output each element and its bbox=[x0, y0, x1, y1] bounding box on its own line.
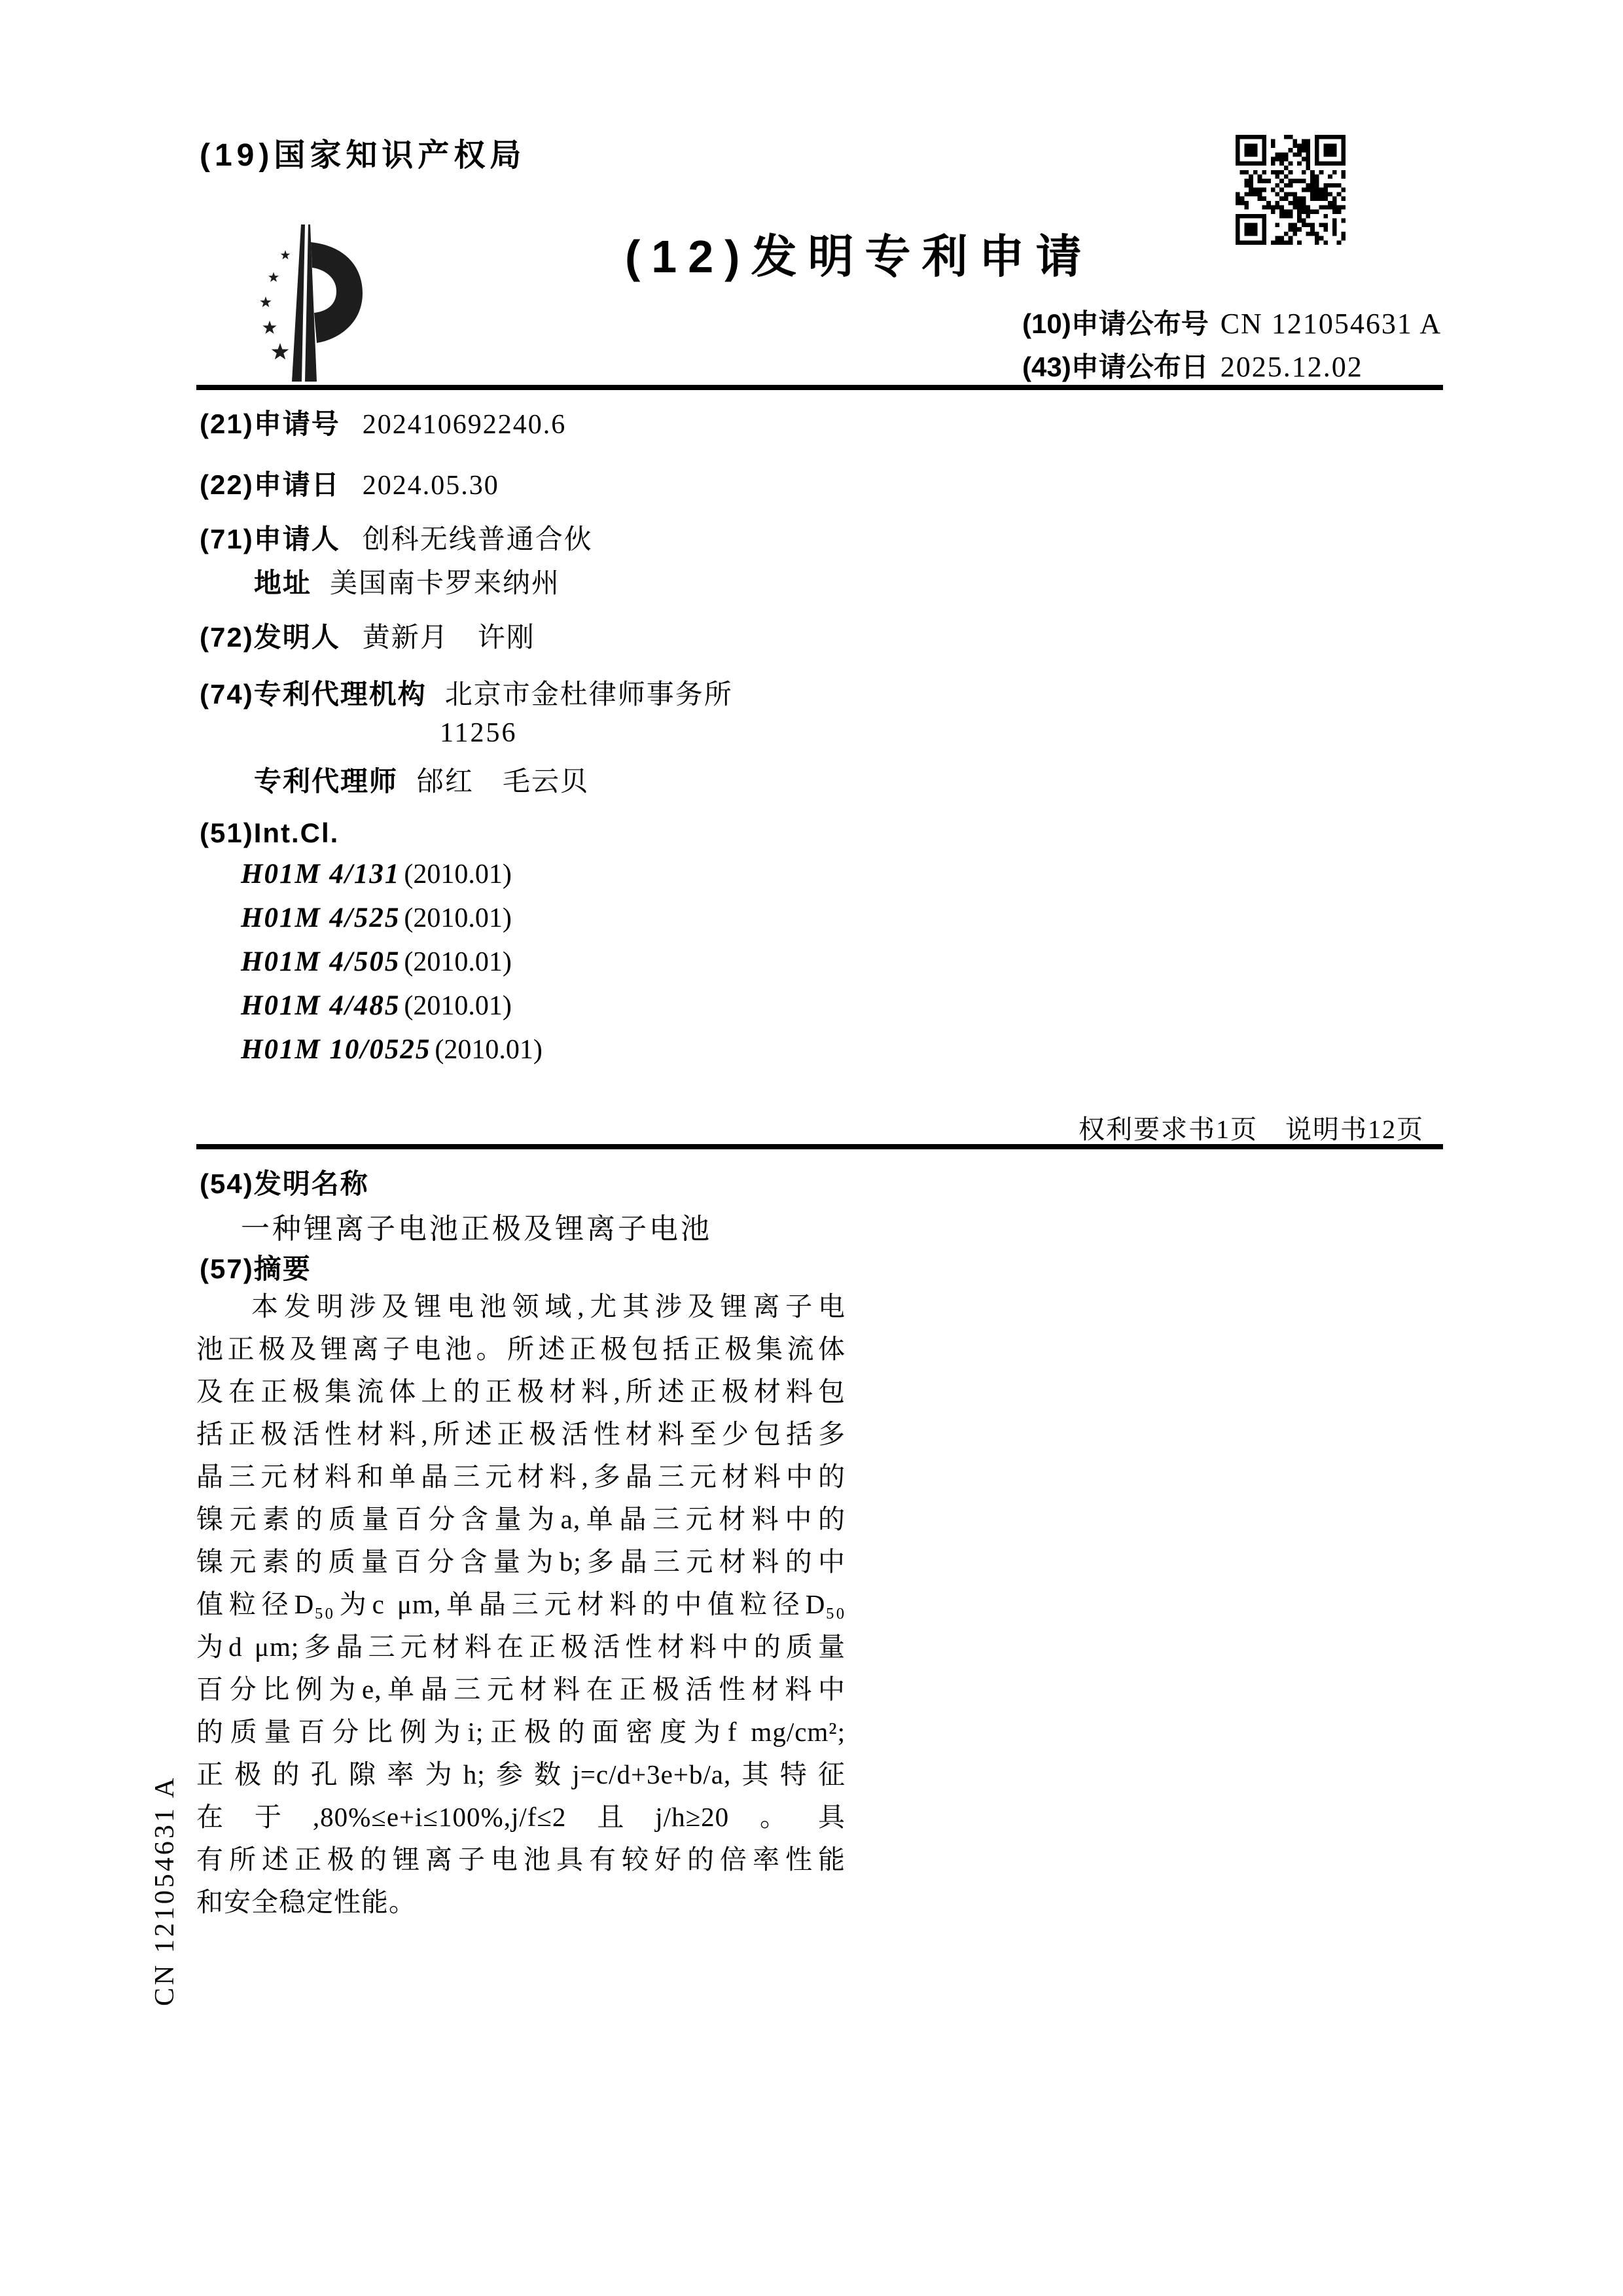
publication-number-value: CN 121054631 A bbox=[1221, 308, 1442, 340]
body-divider bbox=[196, 1144, 1443, 1149]
abstract-line: 镍元素的质量百分含量为a,单晶三元材料中的 bbox=[196, 1498, 846, 1541]
application-date-label: (22)申请日 bbox=[200, 469, 340, 500]
publication-number-row: (10)申请公布号CN 121054631 A bbox=[1022, 302, 1442, 342]
abstract-line: 池正极及锂离子电池。所述正极包括正极集流体 bbox=[196, 1328, 846, 1371]
abstract-line: 正极的孔隙率为h;参数j=c/d+3e+b/a,其特征 bbox=[196, 1753, 846, 1796]
agency-value: 北京市金杜律师事务所 bbox=[445, 680, 733, 710]
applicant-label: (71)申请人 bbox=[200, 524, 340, 554]
patent-front-page: (19)国家知识产权局 (12)发明专利申请 (10)申请公布号CN 12105… bbox=[0, 0, 1623, 2296]
inventors-value: 黄新月 许刚 bbox=[363, 623, 535, 653]
inventors-label: (72)发明人 bbox=[200, 622, 340, 653]
side-publication-code: CN 121054631 A bbox=[149, 1776, 181, 2006]
abstract-line: 和安全稳定性能。 bbox=[196, 1881, 846, 1924]
qr-code-icon bbox=[1236, 135, 1346, 245]
ipc-entry: H01M 4/525(2010.01) bbox=[241, 902, 512, 934]
abstract-line: 括正极活性材料,所述正极活性材料至少包括多 bbox=[196, 1413, 846, 1456]
ipc-version: (2010.01) bbox=[404, 991, 511, 1021]
ipc-version: (2010.01) bbox=[435, 1035, 542, 1065]
abstract-line: 为d μm;多晶三元材料在正极活性材料中的质量 bbox=[196, 1626, 846, 1668]
abstract-line: 晶三元材料和单晶三元材料,多晶三元材料中的 bbox=[196, 1456, 846, 1498]
ipc-version: (2010.01) bbox=[404, 947, 511, 977]
application-number-label: (21)申请号 bbox=[200, 408, 340, 439]
intcl-label: (51)Int.Cl. bbox=[200, 817, 339, 848]
ipc-entry: H01M 4/505(2010.01) bbox=[241, 946, 512, 978]
abstract-line: 镍元素的质量百分含量为b;多晶三元材料的中 bbox=[196, 1541, 846, 1583]
ipc-version: (2010.01) bbox=[404, 859, 511, 889]
ipc-code: H01M 10/0525 bbox=[241, 1034, 431, 1065]
ipc-version: (2010.01) bbox=[404, 903, 511, 933]
ipc-entry: H01M 4/485(2010.01) bbox=[241, 990, 512, 1022]
ipc-entry: H01M 4/131(2010.01) bbox=[241, 858, 512, 890]
application-date-row: (22)申请日2024.05.30 bbox=[200, 463, 499, 503]
publication-number-label: (10)申请公布号 bbox=[1022, 308, 1209, 339]
ipc-code: H01M 4/485 bbox=[241, 990, 400, 1021]
applicant-value: 创科无线普通合伙 bbox=[363, 525, 593, 555]
publication-date-value: 2025.12.02 bbox=[1221, 351, 1363, 383]
abstract-line: 本发明涉及锂电池领域,尤其涉及锂离子电 bbox=[196, 1285, 846, 1328]
address-value: 美国南卡罗来纳州 bbox=[330, 569, 560, 599]
pages-info: 权利要求书1页 说明书12页 bbox=[1079, 1109, 1424, 1146]
cnipa-logo bbox=[247, 221, 378, 385]
ipc-code: H01M 4/505 bbox=[241, 946, 400, 977]
agents-label: 专利代理师 bbox=[254, 766, 398, 797]
applicant-row: (71)申请人创科无线普通合伙 bbox=[200, 518, 593, 557]
abstract-label: (57)摘要 bbox=[200, 1247, 312, 1287]
address-row: 地址美国南卡罗来纳州 bbox=[254, 562, 560, 601]
abstract-line: 在于,80%≤e+i≤100%,j/f≤2且j/h≥20。具 bbox=[196, 1796, 846, 1839]
publication-date-row: (43)申请公布日2025.12.02 bbox=[1022, 346, 1363, 385]
intcl-row: (51)Int.Cl. bbox=[200, 817, 339, 850]
invention-title: 一种锂离子电池正极及锂离子电池 bbox=[241, 1205, 712, 1247]
abstract-text: 本发明涉及锂电池领域,尤其涉及锂离子电 池正极及锂离子电池。所述正极包括正极集流… bbox=[196, 1285, 846, 1924]
ipc-code: H01M 4/131 bbox=[241, 859, 400, 889]
invention-title-label: (54)发明名称 bbox=[200, 1162, 369, 1202]
inventors-row: (72)发明人黄新月 许刚 bbox=[200, 616, 535, 655]
office-name: (19)国家知识产权局 bbox=[200, 130, 526, 175]
ipc-entry: H01M 10/0525(2010.01) bbox=[241, 1033, 543, 1066]
abstract-line: 及在正极集流体上的正极材料,所述正极材料包 bbox=[196, 1371, 846, 1413]
application-number-row: (21)申请号202410692240.6 bbox=[200, 403, 566, 442]
abstract-line: 有所述正极的锂离子电池具有较好的倍率性能 bbox=[196, 1839, 846, 1881]
abstract-line: 的质量百分比例为i;正极的面密度为f mg/cm²; bbox=[196, 1711, 846, 1753]
agency-row: (74)专利代理机构北京市金杜律师事务所 bbox=[200, 673, 733, 712]
agency-code: 11256 bbox=[440, 717, 517, 749]
abstract-line: 值粒径D₅₀为c μm,单晶三元材料的中值粒径D₅₀ bbox=[196, 1583, 846, 1626]
address-label: 地址 bbox=[254, 567, 312, 598]
application-number-value: 202410692240.6 bbox=[363, 410, 567, 440]
application-date-value: 2024.05.30 bbox=[363, 471, 499, 501]
document-type-title: (12)发明专利申请 bbox=[625, 220, 1092, 286]
ipc-code: H01M 4/525 bbox=[241, 903, 400, 933]
publication-date-label: (43)申请公布日 bbox=[1022, 351, 1209, 382]
header-divider bbox=[196, 385, 1443, 390]
agency-label: (74)专利代理机构 bbox=[200, 679, 427, 709]
agents-row: 专利代理师邰红 毛云贝 bbox=[254, 760, 589, 799]
agents-value: 邰红 毛云贝 bbox=[416, 767, 589, 797]
abstract-line: 百分比例为e,单晶三元材料在正极活性材料中 bbox=[196, 1668, 846, 1711]
